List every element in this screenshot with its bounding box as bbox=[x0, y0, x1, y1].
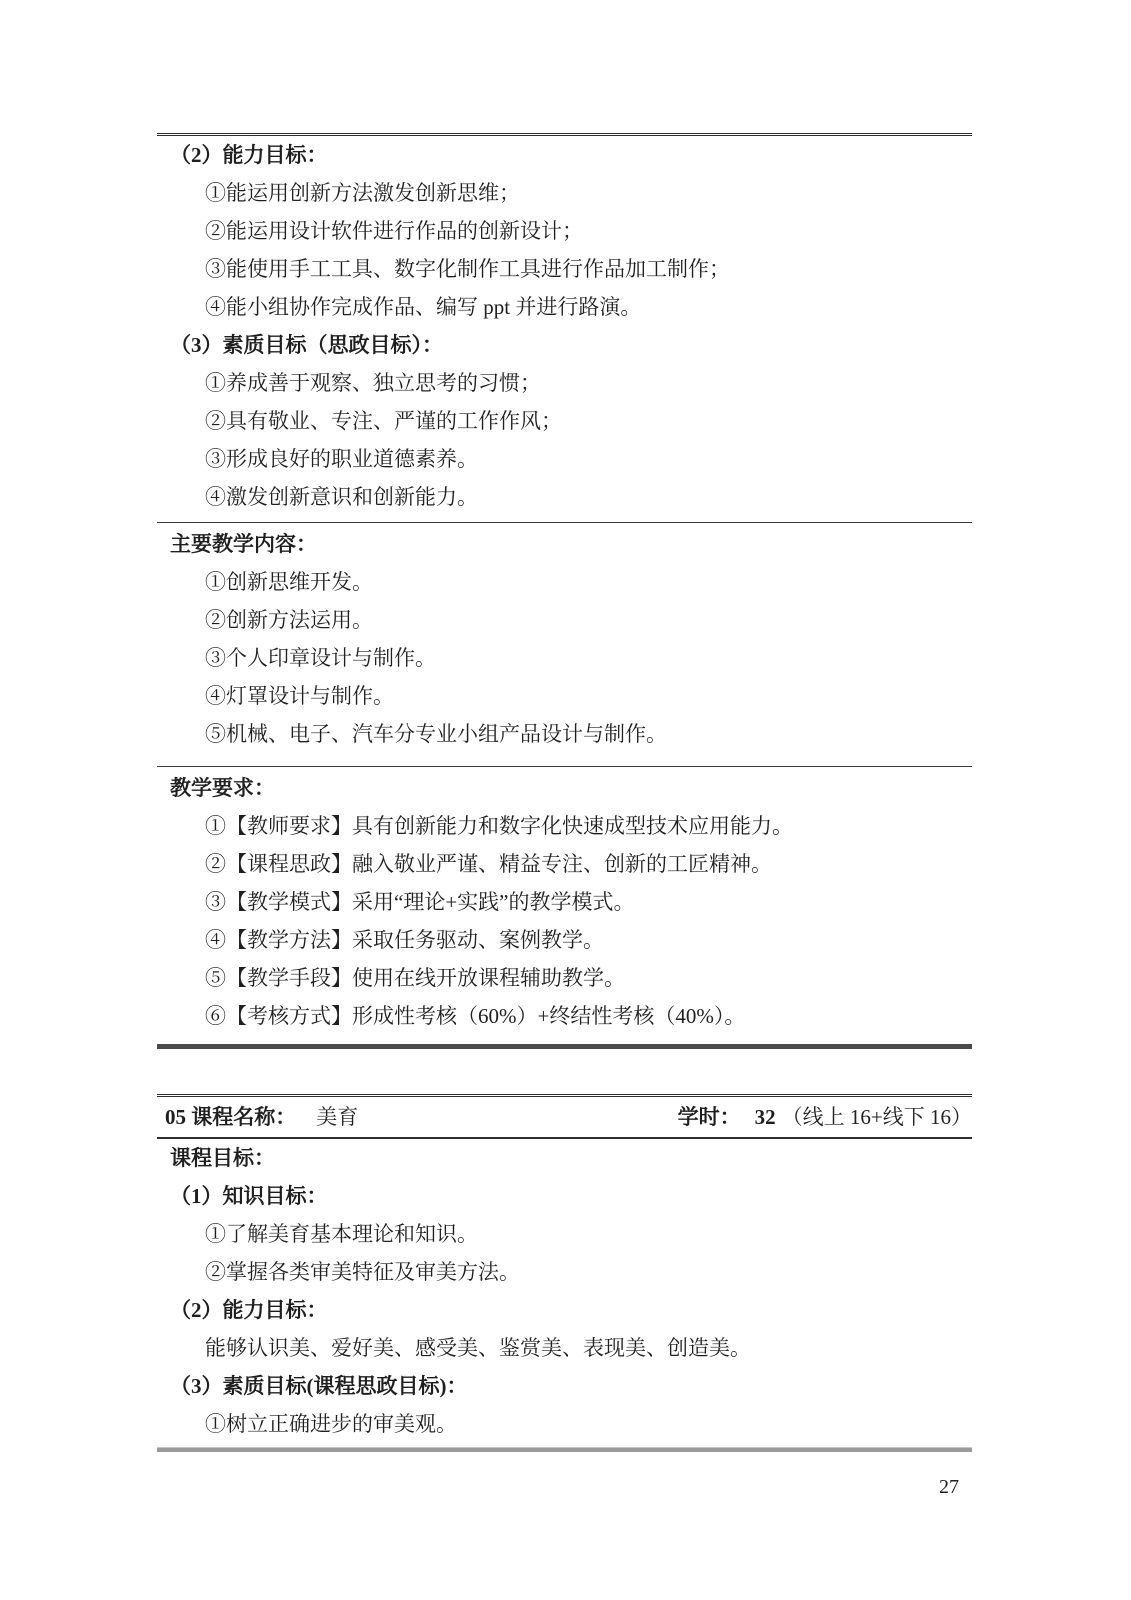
teaching-content-item: ⑤机械、电子、汽车分专业小组产品设计与制作。 bbox=[157, 715, 972, 753]
knowledge-goal-item: ①了解美育基本理论和知识。 bbox=[157, 1215, 972, 1253]
heading-teaching-content: 主要教学内容： bbox=[157, 525, 972, 563]
knowledge-goal-item: ②掌握各类审美特征及审美方法。 bbox=[157, 1253, 972, 1291]
teaching-content-item: ③个人印章设计与制作。 bbox=[157, 639, 972, 677]
ability-goal-item-2: 能够认识美、爱好美、感受美、鉴赏美、表现美、创造美。 bbox=[157, 1329, 972, 1367]
course-label: 05 课程名称： bbox=[165, 1105, 296, 1129]
heading-quality-goals-2: （3）素质目标(课程思政目标)： bbox=[157, 1367, 972, 1405]
section-teaching-requirements: 教学要求： ①【教师要求】具有创新能力和数字化快速成型技术应用能力。 ②【课程思… bbox=[157, 769, 972, 1035]
heading-knowledge-goals: （1）知识目标： bbox=[157, 1177, 972, 1215]
ability-goal-item: ①能运用创新方法激发创新思维； bbox=[157, 174, 972, 212]
ability-goal-item: ④能小组协作完成作品、编写 ppt 并进行路演。 bbox=[157, 288, 972, 326]
section-ability-goals: （2）能力目标： ①能运用创新方法激发创新思维； ②能运用设计软件进行作品的创新… bbox=[157, 136, 972, 326]
course-title: 05 课程名称：美育 bbox=[165, 1097, 358, 1137]
section-teaching-content: 主要教学内容： ①创新思维开发。 ②创新方法运用。 ③个人印章设计与制作。 ④灯… bbox=[157, 525, 972, 753]
page-number: 27 bbox=[939, 1476, 959, 1499]
hours-note: （线上 16+线下 16） bbox=[782, 1105, 972, 1129]
heading-quality-goals: （3）素质目标（思政目标）： bbox=[157, 326, 972, 364]
document-content: （2）能力目标： ①能运用创新方法激发创新思维； ②能运用设计软件进行作品的创新… bbox=[157, 133, 972, 1452]
ability-goal-item: ③能使用手工工具、数字化制作工具进行作品加工制作； bbox=[157, 250, 972, 288]
section-course-goals: 课程目标： （1）知识目标： ①了解美育基本理论和知识。 ②掌握各类审美特征及审… bbox=[157, 1139, 972, 1443]
heading-ability-goals-2: （2）能力目标： bbox=[157, 1291, 972, 1329]
course-name: 美育 bbox=[316, 1105, 358, 1129]
teaching-content-item: ②创新方法运用。 bbox=[157, 601, 972, 639]
teaching-requirement-item: ⑤【教学手段】使用在线开放课程辅助教学。 bbox=[157, 959, 972, 997]
table2-continuation-border bbox=[157, 1447, 972, 1452]
quality-goal-item: ④激发创新意识和创新能力。 bbox=[157, 478, 972, 516]
quality-goal-item: ①养成善于观察、独立思考的习惯； bbox=[157, 364, 972, 402]
quality-goal-item: ③形成良好的职业道德素养。 bbox=[157, 440, 972, 478]
course-hours: 学时：32（线上 16+线下 16） bbox=[678, 1097, 972, 1137]
ability-goal-item: ②能运用设计软件进行作品的创新设计； bbox=[157, 212, 972, 250]
teaching-content-item: ①创新思维开发。 bbox=[157, 563, 972, 601]
course-header-row: 05 课程名称：美育 学时：32（线上 16+线下 16） bbox=[157, 1097, 972, 1137]
heading-teaching-requirements: 教学要求： bbox=[157, 769, 972, 807]
hours-value: 32 bbox=[755, 1105, 776, 1129]
table1-bottom-border bbox=[157, 1044, 972, 1049]
heading-ability-goals: （2）能力目标： bbox=[157, 136, 972, 174]
teaching-requirement-item: ⑥【考核方式】形成性考核（60%）+终结性考核（40%）。 bbox=[157, 997, 972, 1035]
teaching-requirement-item: ②【课程思政】融入敬业严谨、精益专注、创新的工匠精神。 bbox=[157, 845, 972, 883]
hours-label: 学时： bbox=[678, 1105, 741, 1129]
section-divider bbox=[157, 522, 972, 523]
teaching-requirement-item: ①【教师要求】具有创新能力和数字化快速成型技术应用能力。 bbox=[157, 807, 972, 845]
document-page: （2）能力目标： ①能运用创新方法激发创新思维； ②能运用设计软件进行作品的创新… bbox=[0, 0, 1131, 1600]
teaching-requirement-item: ④【教学方法】采取任务驱动、案例教学。 bbox=[157, 921, 972, 959]
section-quality-goals: （3）素质目标（思政目标）： ①养成善于观察、独立思考的习惯； ②具有敬业、专注… bbox=[157, 326, 972, 516]
teaching-requirement-item: ③【教学模式】采用“理论+实践”的教学模式。 bbox=[157, 883, 972, 921]
quality-goal-item: ②具有敬业、专注、严谨的工作作风； bbox=[157, 402, 972, 440]
teaching-content-item: ④灯罩设计与制作。 bbox=[157, 677, 972, 715]
heading-course-goals: 课程目标： bbox=[157, 1139, 972, 1177]
quality-goal-item-2: ①树立正确进步的审美观。 bbox=[157, 1405, 972, 1443]
section-divider bbox=[157, 766, 972, 767]
